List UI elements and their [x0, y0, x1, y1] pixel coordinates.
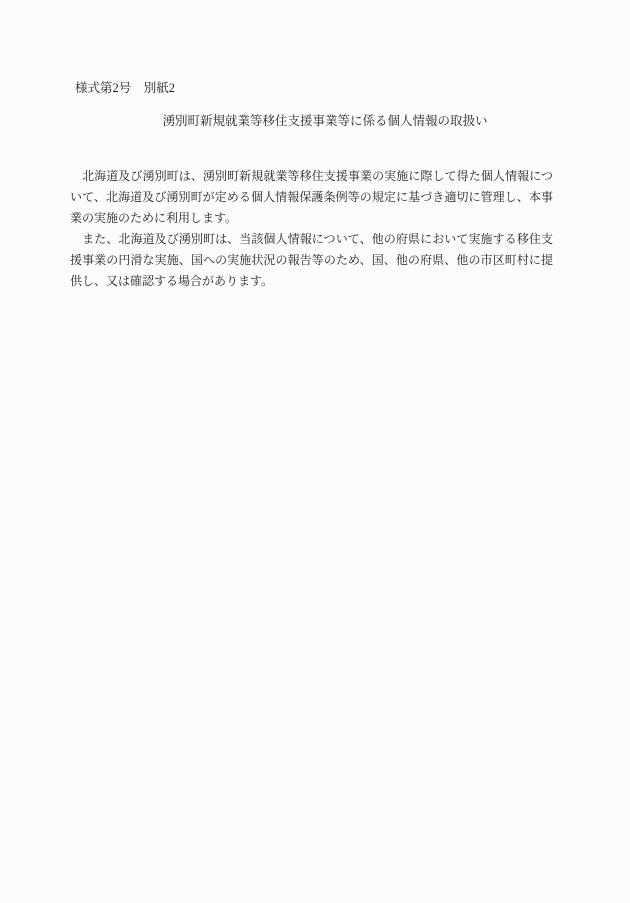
paragraph-1-line-1: 北海道及び湧別町は、湧別町新規就業等移住支援事業の実施に際して得た個人情報につ	[70, 166, 553, 187]
document-body: 北海道及び湧別町は、湧別町新規就業等移住支援事業の実施に際して得た個人情報につ …	[70, 166, 553, 292]
paragraph-1-line-3: 業の実施のために利用します。	[70, 208, 553, 229]
paragraph-1-line-2: いて、北海道及び湧別町が定める個人情報保護条例等の規定に基づき適切に管理し、本事	[70, 187, 553, 208]
paragraph-2-line-1: また、北海道及び湧別町は、当該個人情報について、他の府県において実施する移住支	[70, 229, 553, 250]
paragraph-2-line-2: 援事業の円滑な実施、国への実施状況の報告等のため、国、他の府県、他の市区町村に提	[70, 250, 553, 271]
document-page: 様式第2号 別紙2 湧別町新規就業等移住支援事業等に係る個人情報の取扱い 北海道…	[0, 0, 630, 903]
paragraph-1: 北海道及び湧別町は、湧別町新規就業等移住支援事業の実施に際して得た個人情報につ …	[70, 166, 553, 229]
form-number-label: 様式第2号 別紙2	[75, 80, 175, 96]
document-title: 湧別町新規就業等移住支援事業等に係る個人情報の取扱い	[20, 113, 630, 130]
paragraph-2-line-3: 供し、又は確認する場合があります。	[70, 271, 553, 292]
paragraph-2: また、北海道及び湧別町は、当該個人情報について、他の府県において実施する移住支 …	[70, 229, 553, 292]
